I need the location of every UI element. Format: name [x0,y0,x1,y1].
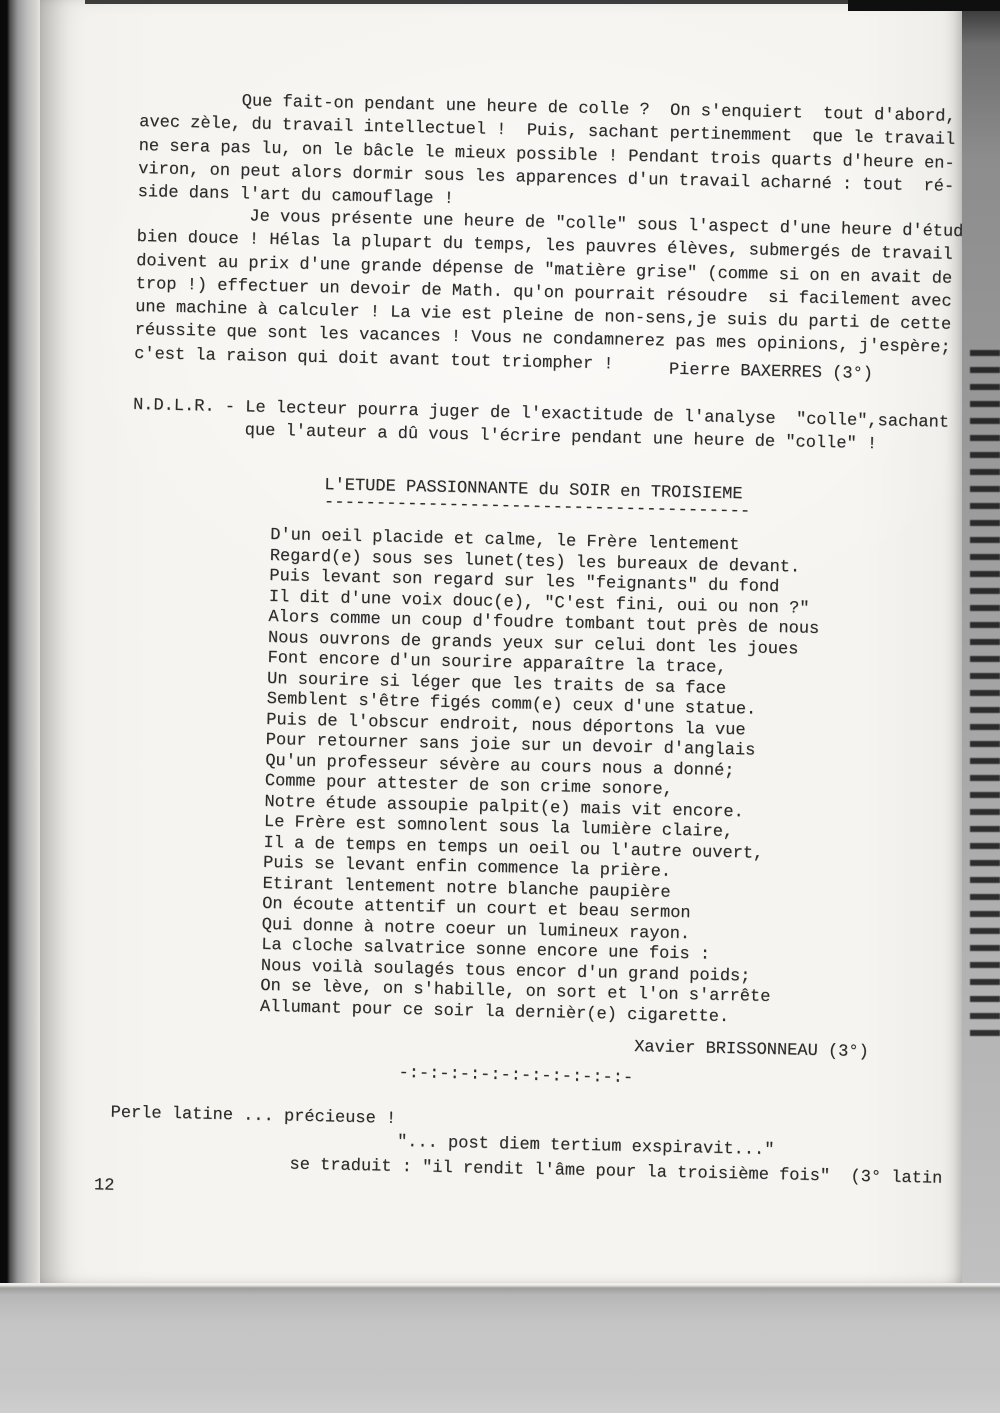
scanned-page: Que fait-on pendant une heure de colle ?… [0,0,1000,1413]
book-spine-shadow [0,0,40,1286]
article-paragraph-1: Que fait-on pendant une heure de colle ?… [137,88,955,222]
page-number: 12 [94,1176,115,1195]
bleed-through-text-marks [970,350,1000,1045]
section-divider: -:-:-:-:-:-:-:-:-:-:-:- [398,1064,633,1088]
latin-quote: "... post diem tertium exspiravit..." [397,1133,775,1160]
latin-translation: se traduit : "il rendit l'âme pour la tr… [289,1156,942,1189]
scan-top-right-corner [848,0,1000,11]
latin-pearl-intro: Perle latine ... précieuse ! [110,1104,396,1129]
editor-note-ndlr: N.D.L.R. - Le lecteur pourra juger de l'… [132,394,949,458]
typewritten-text-layer: Que fait-on pendant une heure de colle ?… [115,86,962,1244]
poem-body: D'un oeil placide et calme, le Frère len… [260,526,821,1030]
author-signature-baxerres: Pierre BAXERRES (3°) [669,361,873,384]
adjacent-page-edge [962,0,1000,1288]
article-paragraph-2: Je vous présente une heure de "colle" so… [134,203,962,384]
scanner-background [0,1283,1000,1413]
author-signature-brissonneau: Xavier BRISSONNEAU (3°) [634,1038,869,1062]
paper-sheet: Que fait-on pendant une heure de colle ?… [40,0,962,1288]
